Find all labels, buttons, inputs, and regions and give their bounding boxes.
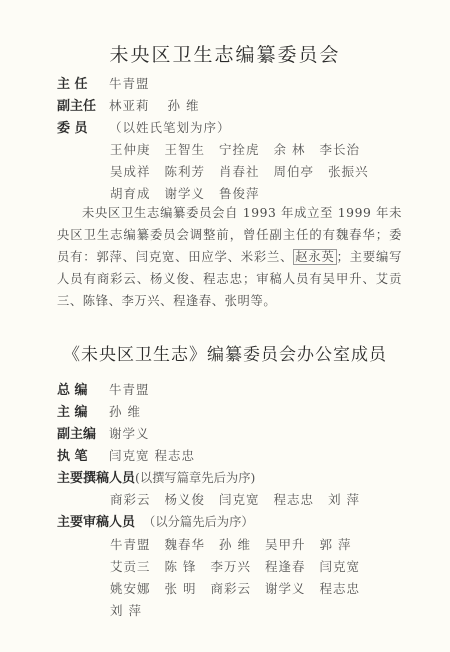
members-row: 委 员（以姓氏笔划为序）	[57, 120, 231, 137]
members-note: （以姓氏笔划为序）	[109, 120, 231, 135]
member-name: 李长治	[320, 142, 361, 158]
member-name: 吴成祥	[110, 164, 151, 180]
reviewer-name: 艾贡三	[110, 559, 151, 575]
reviewer-name: 孙 维	[219, 537, 251, 553]
reviewer-name: 闫克宽	[320, 559, 361, 575]
editor-name: 孙 维	[109, 404, 141, 419]
reviewers-note: （以分篇先后为序）	[143, 515, 254, 529]
members-label: 委 员	[57, 121, 109, 137]
reviewers-line: 姚安娜张 明商彩云谢学义程志忠	[110, 581, 374, 597]
members-line: 王仲庚王智生宁拴虎余 林李长治	[110, 142, 374, 158]
director-label: 主 任	[57, 77, 109, 93]
reviewer-name: 陈 锋	[165, 559, 197, 575]
reviewer-name: 谢学义	[265, 581, 306, 597]
drafters-row: 主要撰稿人员(以撰写篇章先后为序)	[57, 470, 255, 487]
writer-label: 执 笔	[57, 449, 109, 465]
director-row: 主 任牛青盟	[57, 76, 150, 93]
reviewers-line: 艾贡三陈 锋李万兴程逢春闫克宽	[110, 559, 374, 575]
member-name: 余 林	[274, 142, 306, 158]
drafters-note: (以撰写篇章先后为序)	[135, 471, 255, 485]
reviewer-name: 郭 萍	[320, 537, 352, 553]
reviewer-name: 姚安娜	[110, 581, 151, 597]
member-name: 鲁俊萍	[219, 186, 260, 202]
deputy-editor-name: 谢学义	[109, 426, 150, 441]
reviewer-name: 商彩云	[211, 581, 252, 597]
deputy-row: 副主任林亚莉孙 维	[57, 98, 200, 115]
deputy-editor-row: 副主编谢学义	[57, 426, 150, 443]
member-name: 王仲庚	[110, 142, 151, 158]
reviewer-name: 李万兴	[211, 559, 252, 575]
reviewer-name: 程逢春	[265, 559, 306, 575]
member-name: 周伯亭	[274, 164, 315, 180]
chief-editor-label: 总 编	[57, 383, 109, 399]
editor-label: 主 编	[57, 405, 109, 421]
writer-row: 执 笔闫克宽 程志忠	[57, 448, 195, 465]
member-name: 胡育成	[110, 186, 151, 202]
members-line: 吴成祥陈利芳肖春社周伯亭张振兴	[110, 164, 383, 180]
reviewer-name: 牛青盟	[110, 537, 151, 553]
drafter-name: 杨义俊	[165, 492, 206, 508]
reviewers-line: 牛青盟魏春华孙 维吴甲升郭 萍	[110, 537, 366, 553]
member-name: 肖春社	[219, 164, 260, 180]
drafter-name: 闫克宽	[219, 492, 260, 508]
member-name: 谢学义	[165, 186, 206, 202]
deputy-name: 林亚莉	[109, 98, 150, 113]
reviewers-line: 刘 萍	[110, 603, 156, 619]
chief-editor-name: 牛青盟	[109, 382, 150, 397]
deputy-name: 孙 维	[168, 98, 200, 113]
director-name: 牛青盟	[109, 76, 150, 91]
drafter-name: 刘 萍	[328, 492, 360, 508]
deputy-label: 副主任	[57, 99, 109, 115]
office-title: 《未央区卫生志》编纂委员会办公室成员	[0, 340, 450, 365]
members-line: 胡育成谢学义鲁俊萍	[110, 186, 274, 202]
chief-editor-row: 总 编牛青盟	[57, 382, 150, 399]
reviewer-name: 程志忠	[320, 581, 361, 597]
document-page: 未央区卫生志编纂委员会 主 任牛青盟 副主任林亚莉孙 维 委 员（以姓氏笔划为序…	[0, 0, 450, 652]
editor-row: 主 编孙 维	[57, 404, 141, 421]
drafters-label: 主要撰稿人员	[57, 471, 135, 487]
member-name: 张振兴	[328, 164, 369, 180]
member-name: 王智生	[165, 142, 206, 158]
drafters-line: 商彩云杨义俊闫克宽程志忠刘 萍	[110, 492, 374, 508]
drafter-name: 商彩云	[110, 492, 151, 508]
history-paragraph: 未央区卫生志编纂委员会自 1993 年成立至 1999 年未央区卫生志编纂委员会…	[57, 202, 402, 312]
reviewer-name: 刘 萍	[110, 603, 142, 619]
member-name: 宁拴虎	[219, 142, 260, 158]
reviewers-label: 主要审稿人员	[57, 515, 135, 531]
writer-names: 闫克宽 程志忠	[109, 448, 195, 463]
drafter-name: 程志忠	[274, 492, 315, 508]
reviewer-name: 吴甲升	[265, 537, 306, 553]
committee-title: 未央区卫生志编纂委员会	[0, 40, 450, 67]
reviewer-name: 魏春华	[165, 537, 206, 553]
member-name: 陈利芳	[165, 164, 206, 180]
boxed-name: 赵永英	[293, 249, 336, 265]
reviewer-name: 张 明	[165, 581, 197, 597]
deputy-editor-label: 副主编	[57, 427, 109, 443]
reviewers-row: 主要审稿人员（以分篇先后为序）	[57, 514, 254, 531]
